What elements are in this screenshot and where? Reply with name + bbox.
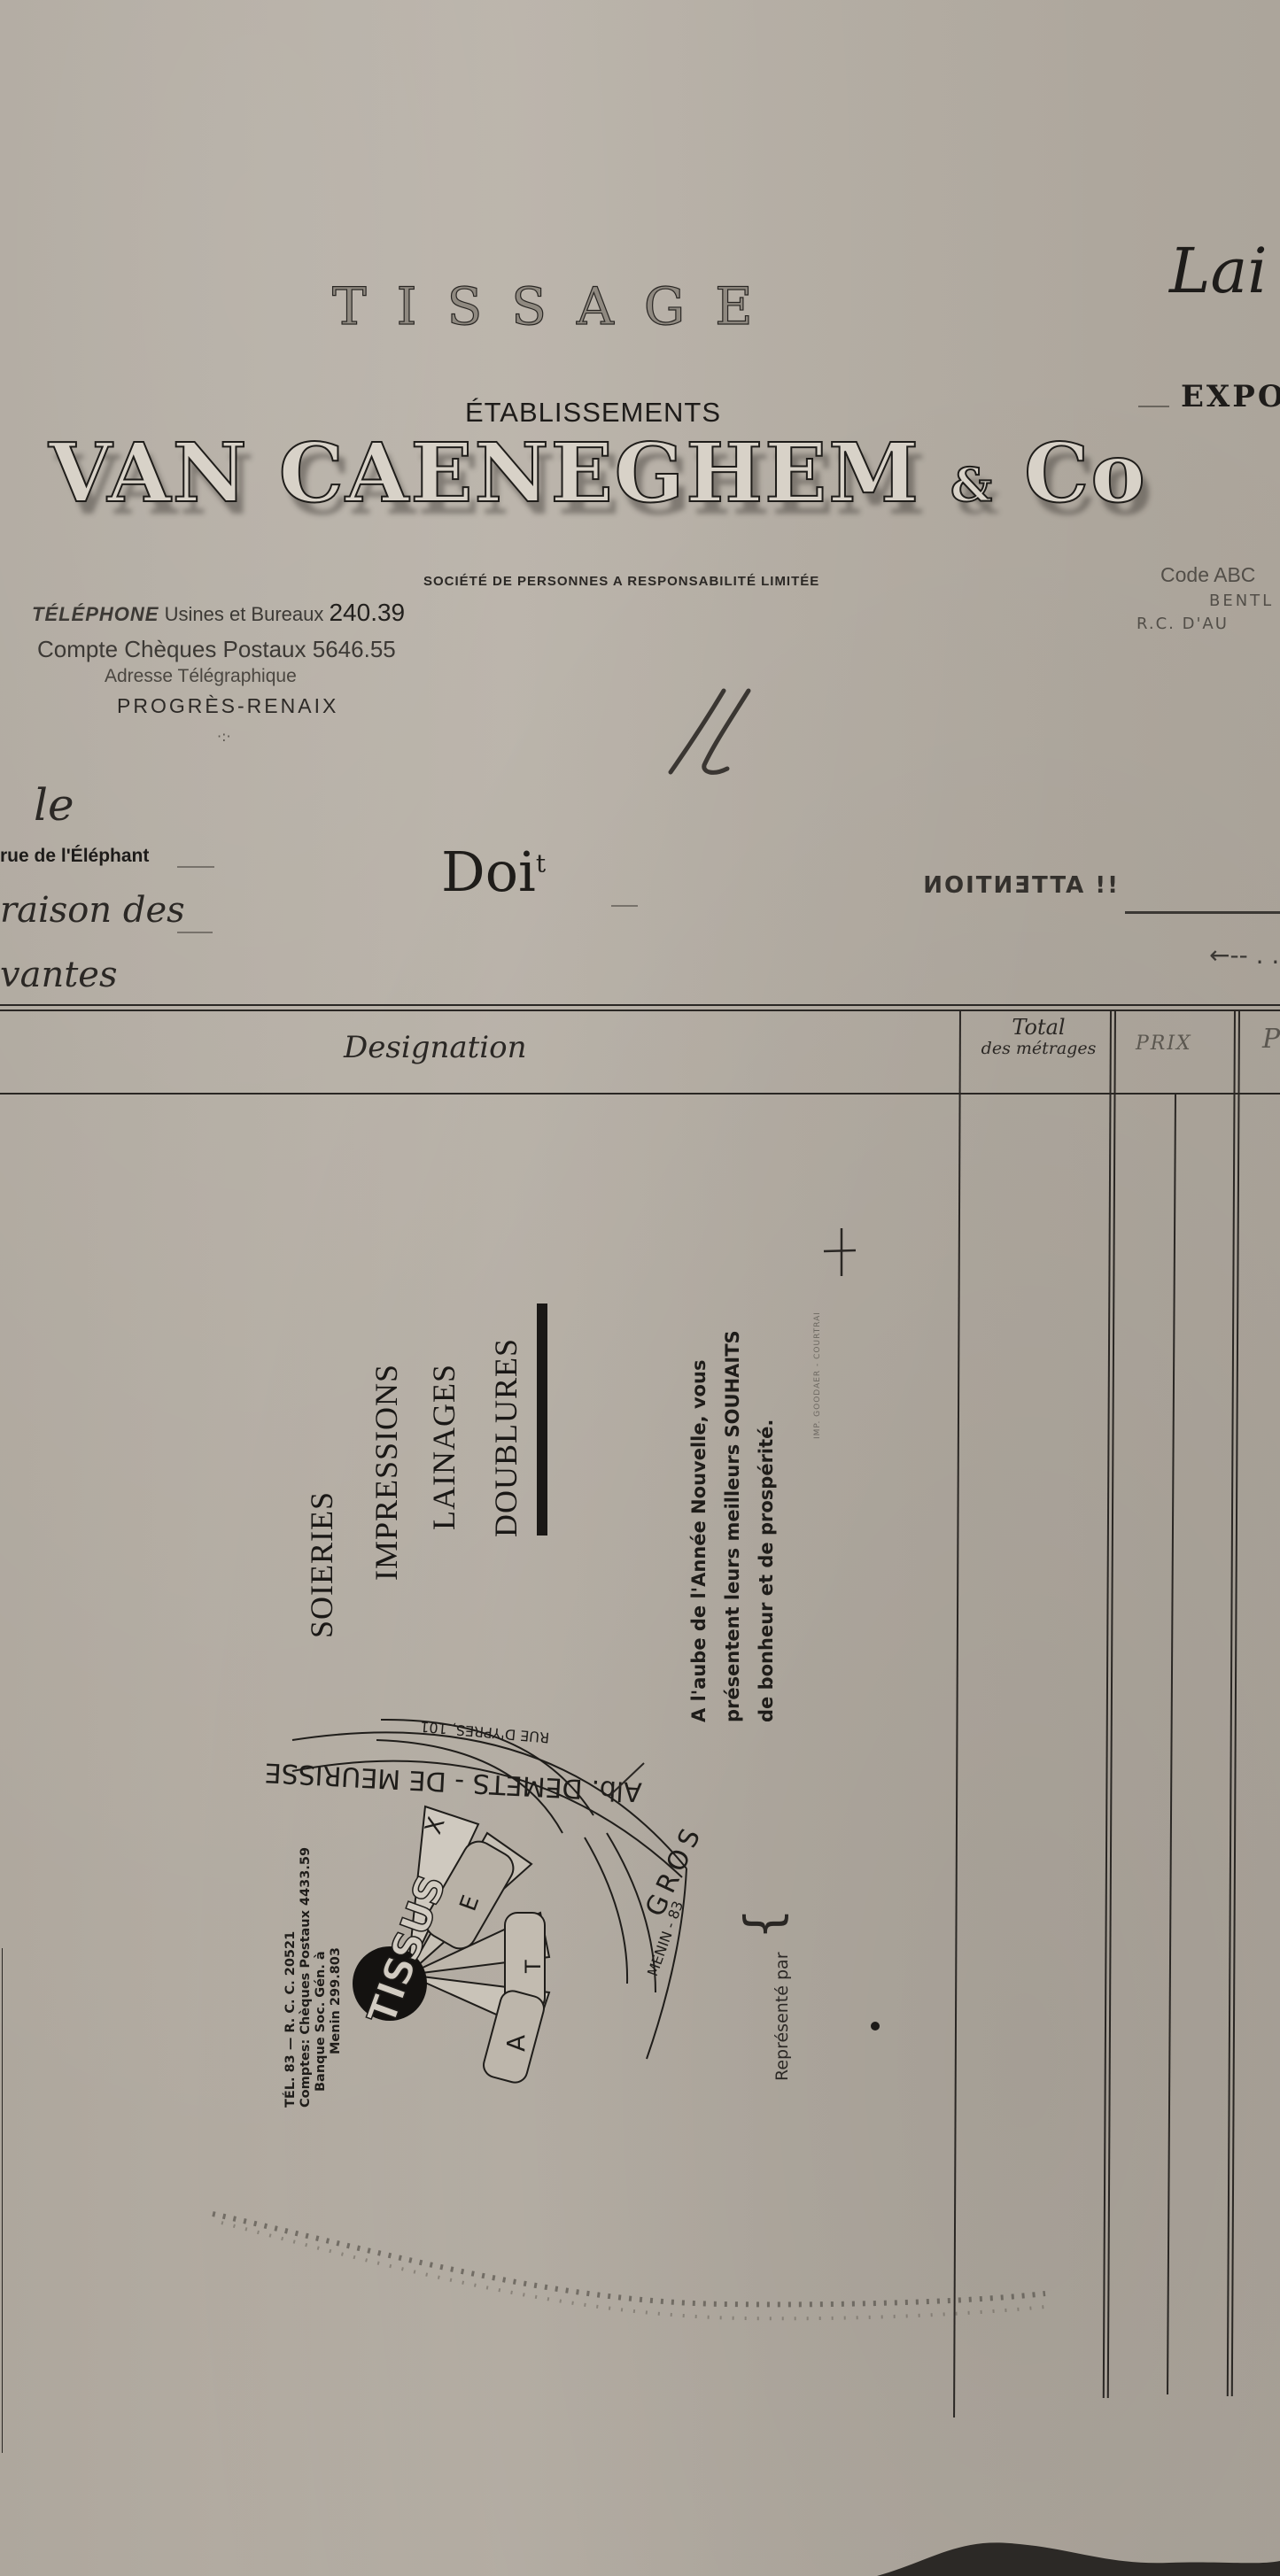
logo-letter-a: A — [501, 2035, 531, 2052]
category-soieries: SOIERIES — [303, 1491, 340, 1638]
wish-line-1: A l'aube de l'Année Nouvelle, vous — [682, 1330, 716, 1722]
doit-fill-line — [611, 905, 638, 907]
left-margin-line — [2, 1948, 3, 2453]
telephone-sub: Usines et Bureaux — [165, 603, 324, 625]
right-rc-label: R.C. D'AU — [1136, 615, 1229, 633]
cheques-line: Compte Chèques Postaux 5646.55 — [37, 636, 396, 663]
table-header-rule — [0, 1093, 1280, 1095]
header-total-line2: des métrages — [961, 1038, 1116, 1059]
doublures-bar — [537, 1303, 547, 1536]
right-expo-label: EXPO — [1181, 379, 1280, 414]
accounts-line-4: Menin 299.803 — [329, 1847, 344, 2108]
following-label: vantes — [0, 955, 117, 995]
category-doublures: DOUBLURES — [487, 1338, 524, 1537]
telephone-number: 240.39 — [329, 599, 405, 626]
right-script-heading: Lai — [1169, 235, 1268, 307]
accounts-line-3: Banque Soc. Gén. à — [314, 1847, 329, 2108]
slash-mark-icon — [605, 1758, 649, 1802]
handwritten-mark-icon — [660, 684, 757, 781]
telegraph-label: Adresse Télégraphique — [105, 666, 297, 687]
telephone-line: TÉLÉPHONE Usines et Bureaux 240.39 — [32, 599, 405, 627]
cross-mark-icon — [822, 1226, 857, 1280]
category-lainages: LAINAGES — [425, 1364, 462, 1530]
header-prix: PRIX — [1136, 1033, 1192, 1055]
street-label: rue de l'Éléphant — [0, 846, 149, 867]
accounts-block: TÉL. 83 — R. C. C. 20521 Comptes: Chèque… — [283, 1847, 344, 2108]
telephone-label: TÉLÉPHONE — [32, 603, 159, 625]
right-bentley-label: BENTL — [1209, 592, 1274, 610]
doit-label: Doit — [441, 839, 546, 904]
represented-by-label: Représenté par — [772, 1952, 792, 2081]
header-p: P — [1262, 1024, 1280, 1055]
printer-credit: IMP. GOODAER - COURTRAI — [813, 1311, 822, 1439]
cheques-number: 5646.55 — [313, 636, 396, 662]
table-top-rule-2 — [0, 1010, 1280, 1011]
logo-word-tissus: TISSUS — [360, 1869, 455, 2031]
header-total-line1: Total — [961, 1017, 1116, 1038]
doit-text: Doi — [441, 839, 536, 904]
accounts-line-1: TÉL. 83 — R. C. C. 20521 — [283, 1847, 299, 2108]
delivery-fill-line — [177, 932, 213, 933]
cheques-label: Compte Chèques Postaux — [37, 636, 306, 662]
delivery-label: raison des — [0, 890, 185, 931]
header-designation: Designation — [344, 1030, 527, 1065]
attention-underline — [1125, 911, 1280, 914]
company-arc-text: Alb. DEMETS - DE MEURISSE — [266, 1756, 642, 1806]
accounts-line-2: Comptes: Chèques Postaux 4433.59 — [299, 1847, 314, 2108]
expo-dash — [1138, 406, 1169, 407]
category-impressions: IMPRESSIONS — [368, 1364, 405, 1581]
telegraph-address: PROGRÈS-RENAIX — [117, 694, 338, 718]
company-name: VAN CAENEGHEM & Co — [49, 425, 1147, 521]
company-name-text: VAN CAENEGHEM — [49, 425, 920, 521]
tissage-heading: TISSAGE — [332, 276, 783, 337]
col-divider-prix-sub — [1167, 1093, 1176, 2394]
doit-sup: t — [536, 848, 546, 878]
arrow-left-icon: ←-- . .. — [1209, 940, 1280, 970]
logo-letter-t: T — [521, 1960, 546, 1974]
ornament-icon: ·:· — [217, 728, 231, 745]
torn-edge — [877, 2534, 1280, 2576]
company-amp: & — [950, 459, 994, 513]
right-code-label: Code ABC — [1160, 563, 1255, 587]
new-year-wishes: A l'aube de l'Année Nouvelle, vous prése… — [682, 1330, 783, 1722]
etablissements-label: ÉTABLISSEMENTS — [465, 397, 721, 429]
legal-form: SOCIÉTÉ DE PERSONNES A RESPONSABILITÉ LI… — [423, 574, 819, 589]
attention-stamp: !! ATTENTION — [921, 872, 1118, 899]
le-label: le — [34, 779, 74, 831]
street-fill-line — [177, 866, 214, 868]
brace-icon: { — [734, 1908, 792, 1940]
ink-smudge — [106, 2205, 1063, 2329]
wish-line-2: présentent leurs meilleurs SOUHAITS — [716, 1330, 749, 1722]
ink-dot — [871, 2022, 880, 2031]
header-total-metrages: Total des métrages — [961, 1017, 1116, 1059]
wish-line-3: de bonheur et de prospérité. — [749, 1330, 783, 1722]
company-co: Co — [1024, 425, 1147, 521]
table-top-rule — [0, 1004, 1280, 1006]
